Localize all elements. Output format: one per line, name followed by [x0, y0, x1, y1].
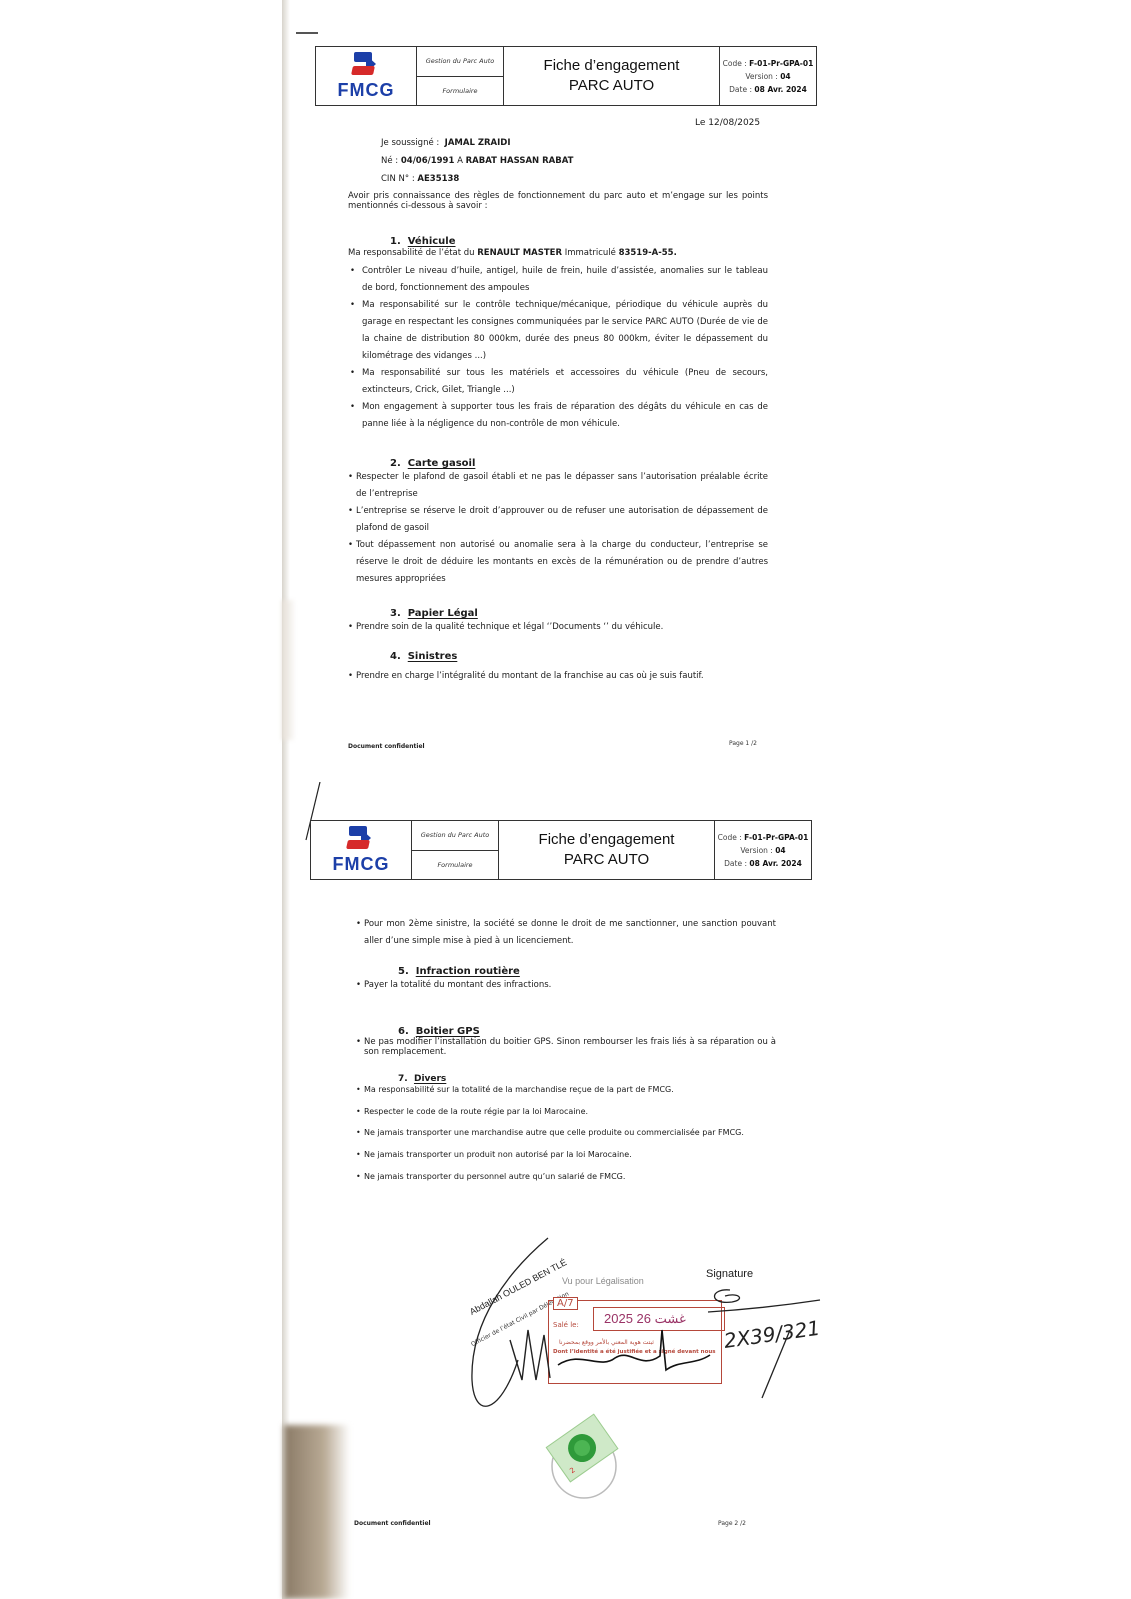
sinistre-continuation: Pour mon 2ème sinistre, la société se do…	[356, 916, 776, 950]
section-infraction-routiere: 5. Infraction routière Payer la totalité…	[356, 966, 776, 994]
code-label: Code :	[718, 833, 742, 842]
section-vehicule: 1. Véhicule Ma responsabilité de l’état …	[348, 236, 768, 433]
list-item: Ne jamais transporter une marchandise au…	[356, 1128, 776, 1138]
list-item: Tout dépassement non autorisé ou anomali…	[348, 537, 768, 588]
cin-label: CIN N° :	[381, 174, 415, 184]
code-value: F-01-Pr-GPA-01	[744, 833, 808, 842]
version-label: Version :	[745, 72, 778, 81]
born-at: A	[457, 156, 463, 166]
born-label: Né :	[381, 156, 398, 166]
page-2: FMCG Gestion du Parc Auto Formulaire Fic…	[310, 820, 812, 880]
list-item: Mon engagement à supporter tous les frai…	[348, 399, 768, 433]
page-number: Page 2 /2	[718, 1520, 746, 1527]
cin-value: AE35138	[417, 174, 459, 184]
section-divers: 7. Divers Ma responsabilité sur la total…	[356, 1074, 776, 1182]
document-header: FMCG Gestion du Parc Auto Formulaire Fic…	[310, 820, 812, 880]
scan-thumb-blur	[284, 1425, 350, 1599]
doc-type-label: Formulaire	[417, 77, 503, 106]
document-code-block: Code : F-01-Pr-GPA-01 Version : 04 Date …	[720, 47, 816, 105]
section-papier-legal: 3. Papier Légal Prendre soin de la quali…	[348, 608, 768, 636]
title-line-1: Fiche d’engagement	[539, 830, 675, 850]
scan-mark	[296, 32, 318, 34]
list-item: Pour mon 2ème sinistre, la société se do…	[356, 916, 776, 950]
undersigned-label: Je soussigné :	[381, 138, 439, 148]
section-heading: 7. Divers	[398, 1074, 776, 1084]
logo-text: FMCG	[338, 80, 395, 101]
list-item: Ma responsabilité sur tous les matériels…	[348, 365, 768, 399]
list-item: Payer la totalité du montant des infract…	[356, 977, 776, 994]
page-number: Page 1 /2	[729, 740, 757, 747]
logo-text: FMCG	[333, 854, 390, 875]
date-value: 08 Avr. 2024	[754, 85, 806, 94]
section-boitier-gps: 6. Boitier GPS Ne pas modifier l’install…	[356, 1026, 776, 1057]
handwritten-number: 2X39/321	[722, 1316, 821, 1353]
title-line-2: PARC AUTO	[569, 76, 654, 96]
birth-place: RABAT HASSAN RABAT	[466, 156, 574, 166]
section-heading: 5. Infraction routière	[398, 966, 776, 977]
handwritten-signatures: 2X39/321	[440, 1230, 830, 1430]
date-value: 08 Avr. 2024	[749, 859, 801, 868]
vehicle-model: RENAULT MASTER	[477, 248, 562, 258]
company-logo: FMCG	[316, 47, 417, 105]
list-item: Respecter le plafond de gasoil établi et…	[348, 469, 768, 503]
department-label: Gestion du Parc Auto	[417, 47, 503, 77]
date-label: Date :	[729, 85, 752, 94]
intro-paragraph: Avoir pris connaissance des règles de fo…	[348, 191, 768, 211]
footer-confidential: Document confidentiel	[354, 1520, 431, 1527]
code-label: Code :	[723, 59, 747, 68]
list-item: L’entreprise se réserve le droit d’appro…	[348, 503, 768, 537]
document-title: Fiche d’engagement PARC AUTO	[499, 821, 715, 879]
code-value: F-01-Pr-GPA-01	[749, 59, 813, 68]
scan-edge	[282, 0, 290, 1599]
section-carte-gasoil: 2. Carte gasoil Respecter le plafond de …	[348, 458, 768, 588]
fmcg-logo-icon	[350, 52, 382, 78]
scan-shadow	[282, 600, 296, 740]
version-label: Version :	[740, 846, 773, 855]
vehicle-responsibility: Ma responsabilité de l’état du RENAULT M…	[348, 247, 768, 259]
fmcg-logo-icon	[345, 826, 377, 852]
list-item: Ne jamais transporter un produit non aut…	[356, 1149, 776, 1160]
list-item: Ma responsabilité sur la totalité de la …	[356, 1084, 776, 1095]
document-title: Fiche d’engagement PARC AUTO	[504, 47, 720, 105]
list-item: Ne pas modifier l’installation du boitie…	[356, 1037, 776, 1057]
company-logo: FMCG	[311, 821, 412, 879]
date-label: Date :	[724, 859, 747, 868]
vehicle-plate: 83519-A-55.	[619, 248, 677, 258]
version-value: 04	[780, 72, 790, 81]
list-item: Prendre soin de la qualité technique et …	[348, 619, 768, 636]
letter-date: Le 12/08/2025	[695, 118, 760, 128]
page-1: FMCG Gestion du Parc Auto Formulaire Fic…	[315, 46, 817, 106]
title-line-1: Fiche d’engagement	[544, 56, 680, 76]
document-header: FMCG Gestion du Parc Auto Formulaire Fic…	[315, 46, 817, 106]
section-heading: 6. Boitier GPS	[398, 1026, 776, 1037]
section-sinistres: 4. Sinistres Prendre en charge l’intégra…	[348, 651, 768, 685]
section-heading: 1. Véhicule	[390, 236, 768, 247]
section-heading: 4. Sinistres	[390, 651, 768, 662]
version-value: 04	[775, 846, 785, 855]
title-line-2: PARC AUTO	[564, 850, 649, 870]
birth-date: 04/06/1991	[401, 156, 455, 166]
list-item: Prendre en charge l’intégralité du monta…	[348, 668, 768, 685]
footer-confidential: Document confidentiel	[348, 743, 425, 750]
undersigned-name: JAMAL ZRAIDI	[445, 138, 511, 148]
list-item: Contrôler Le niveau d’huile, antigel, hu…	[348, 263, 768, 297]
fiscal-stamp-icon: 2	[536, 1410, 626, 1500]
list-item: Respecter le code de la route régie par …	[356, 1106, 776, 1117]
section-heading: 2. Carte gasoil	[390, 458, 768, 469]
doc-type-label: Formulaire	[412, 851, 498, 880]
list-item: Ma responsabilité sur le contrôle techni…	[348, 297, 768, 365]
department-label: Gestion du Parc Auto	[412, 821, 498, 851]
section-heading: 3. Papier Légal	[390, 608, 768, 619]
identity-block: Je soussigné : JAMAL ZRAIDI Né : 04/06/1…	[381, 134, 573, 188]
document-code-block: Code : F-01-Pr-GPA-01 Version : 04 Date …	[715, 821, 811, 879]
list-item: Ne jamais transporter du personnel autre…	[356, 1171, 776, 1182]
